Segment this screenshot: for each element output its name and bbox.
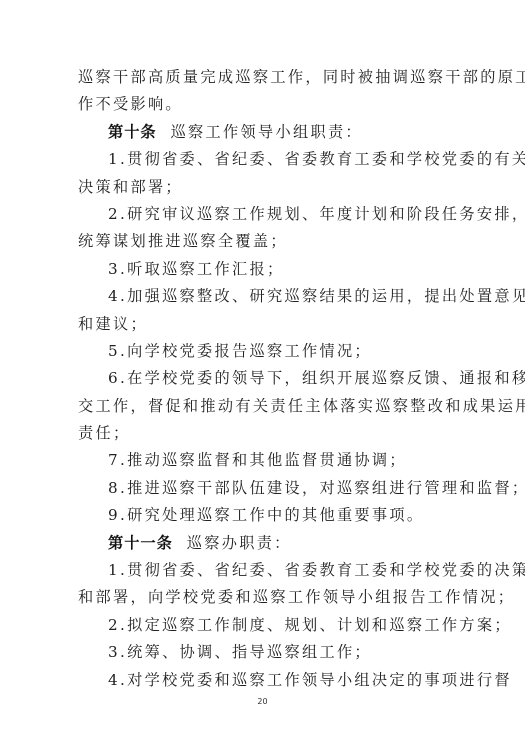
- article-heading-line: 第十一条巡察办职责：: [78, 530, 448, 557]
- article-heading-line: 第十条巡察工作领导小组职责：: [78, 119, 448, 146]
- body-text: 巡察干部高质量完成巡察工作，同时被抽调巡察干部的原工 作不受影响。 第十条巡察工…: [78, 64, 448, 694]
- text-line: 1.贯彻省委、省纪委、省委教育工委和学校党委的决策: [78, 557, 448, 584]
- text-line: 作不受影响。: [78, 91, 448, 118]
- document-page: 巡察干部高质量完成巡察工作，同时被抽调巡察干部的原工 作不受影响。 第十条巡察工…: [0, 0, 525, 748]
- text-line: 1.贯彻省委、省纪委、省委教育工委和学校党委的有关: [78, 146, 448, 173]
- text-line: 统筹谋划推进巡察全覆盖；: [78, 228, 448, 255]
- text-line: 5.向学校党委报告巡察工作情况；: [78, 338, 448, 365]
- text-line: 3.统筹、协调、指导巡察组工作；: [78, 639, 448, 666]
- article-number: 第十一条: [108, 534, 173, 552]
- text-line: 7.推动巡察监督和其他监督贯通协调；: [78, 447, 448, 474]
- text-line: 决策和部署；: [78, 174, 448, 201]
- text-line: 和建议；: [78, 311, 448, 338]
- article-title: 巡察办职责：: [187, 534, 292, 552]
- text-line: 3.听取巡察工作汇报；: [78, 256, 448, 283]
- article-title: 巡察工作领导小组职责：: [171, 123, 363, 141]
- text-line: 交工作，督促和推动有关责任主体落实巡察整改和成果运用: [78, 393, 448, 420]
- page-number: 20: [0, 697, 525, 706]
- text-line: 2.拟定巡察工作制度、规划、计划和巡察工作方案；: [78, 612, 448, 639]
- text-line: 9.研究处理巡察工作中的其他重要事项。: [78, 502, 448, 529]
- text-line: 8.推进巡察干部队伍建设，对巡察组进行管理和监督；: [78, 475, 448, 502]
- text-line: 4.对学校党委和巡察工作领导小组决定的事项进行督: [78, 667, 448, 694]
- article-number: 第十条: [108, 123, 157, 141]
- text-line: 4.加强巡察整改、研究巡察结果的运用，提出处置意见: [78, 283, 448, 310]
- text-line: 巡察干部高质量完成巡察工作，同时被抽调巡察干部的原工: [78, 64, 448, 91]
- text-line: 和部署，向学校党委和巡察工作领导小组报告工作情况；: [78, 584, 448, 611]
- text-line: 6.在学校党委的领导下，组织开展巡察反馈、通报和移: [78, 365, 448, 392]
- text-line: 责任；: [78, 420, 448, 447]
- text-line: 2.研究审议巡察工作规划、年度计划和阶段任务安排，: [78, 201, 448, 228]
